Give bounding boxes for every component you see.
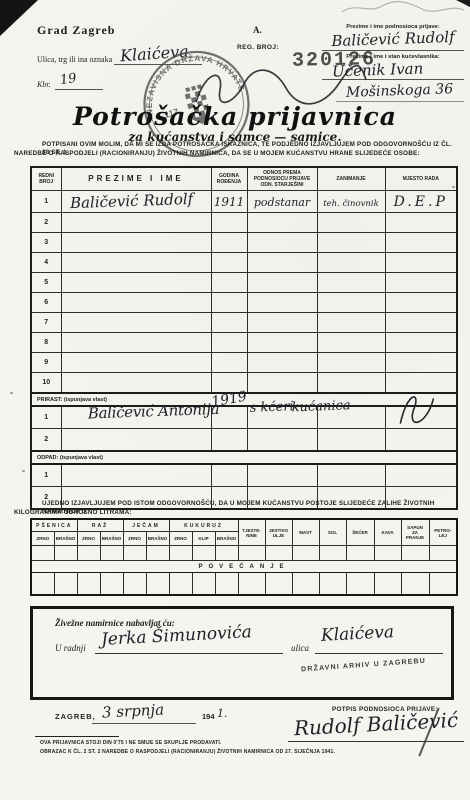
supplier-box: Živežne namirnice nabavljat ću: U radnji…: [30, 606, 454, 700]
col-group-psenica: PŠENICA: [31, 519, 77, 532]
empty-cell: [385, 429, 457, 452]
person1-workplace-handwritten: D.E.P: [394, 194, 448, 210]
person-row-empty: 4: [31, 253, 457, 273]
empty-cell: [292, 573, 319, 596]
empty-cell: [429, 573, 457, 596]
row-number: 3: [31, 233, 61, 253]
empty-cell: [317, 273, 385, 293]
street-label: Ulica, trg ili ina oznaka: [37, 55, 112, 64]
house-number-label: Kbr.: [37, 80, 51, 89]
persons-header-row: REDNI BROJ PREZIME I IME GODINA ROĐENJA …: [31, 167, 457, 191]
empty-cell: [61, 313, 211, 333]
empty-cell: [385, 313, 457, 333]
col-sapun: SAPUN ZA PRANJE: [401, 519, 429, 546]
empty-cell: [292, 546, 319, 561]
empty-cell: [247, 333, 317, 353]
empty-cell: [100, 546, 123, 561]
date-handwritten: 3 srpnja: [102, 700, 165, 721]
empty-cell: [54, 546, 77, 561]
empty-cell: [385, 333, 457, 353]
empty-cell: [317, 353, 385, 373]
empty-cell: [317, 253, 385, 273]
row-number: 1: [31, 191, 61, 213]
stocks-paragraph-line2: KILOGRAMIMA ODNOSNO LITRAMA:: [14, 509, 456, 517]
odpad-band: ODPAD: (ispunjava vlast): [31, 451, 457, 464]
form-title: Potrošačka prijavnica: [0, 102, 470, 131]
empty-cell: [77, 573, 100, 596]
empty-cell: [265, 573, 292, 596]
subcol-brasno: BRAŠNO: [100, 532, 123, 546]
underline: [315, 653, 443, 654]
empty-cell: [247, 353, 317, 373]
row-number: 8: [31, 333, 61, 353]
row-number: 4: [31, 253, 61, 273]
city-heading: Grad Zagreb: [37, 23, 115, 38]
pencil-scribble: [338, 0, 468, 18]
col-jestivo-ulje: JESTIVO ULJE: [265, 519, 292, 546]
empty-cell: [317, 313, 385, 333]
empty-cell: [77, 546, 100, 561]
prirast-label: PRIRAST: (ispunjava vlast): [31, 393, 457, 406]
col-header-odnos: ODNOS PREMA PODNOSIOCU PRIJAVE ODN. STAR…: [247, 167, 317, 191]
empty-cell: [247, 233, 317, 253]
empty-cell: [401, 546, 429, 561]
house-number-handwritten-value: 19: [59, 71, 77, 88]
row-number: 2: [31, 429, 61, 452]
empty-cell: [385, 253, 457, 273]
empty-cell: [61, 233, 211, 253]
empty-cell: [346, 573, 374, 596]
empty-cell: [61, 464, 211, 487]
underline: [92, 723, 196, 724]
empty-cell: [385, 233, 457, 253]
row-number: 7: [31, 313, 61, 333]
odpad-row-1: 1: [31, 464, 457, 487]
paper-speck: [10, 392, 13, 394]
col-secer: ŠEĆER: [346, 519, 374, 546]
prirast-row-2: 2: [31, 429, 457, 452]
empty-cell: [211, 213, 247, 233]
col-group-jecam: JEČAM: [123, 519, 169, 532]
stocks-group-header-row: PŠENICA RAŽ JEČAM KUKURUZ TJESTE- NINE J…: [31, 519, 457, 532]
subcol-brasno: BRAŠNO: [54, 532, 77, 546]
shop-label: U radnji: [55, 643, 86, 653]
year-printed: 194: [202, 712, 215, 721]
subcol-zrno: ZRNO: [77, 532, 100, 546]
empty-cell: [385, 213, 457, 233]
empty-cell: [211, 429, 247, 452]
reg-number-label: REG. BROJ:: [237, 44, 279, 51]
empty-cell: [100, 573, 123, 596]
person-row-empty: 3: [31, 233, 457, 253]
povecanje-label: POVEĆANJE: [31, 561, 457, 573]
empty-cell: [215, 546, 238, 561]
intro-paragraph-line2: NAREDBE O RASPODJELI (RACIONIRANJU) ŽIVO…: [14, 150, 456, 158]
empty-cell: [123, 546, 146, 561]
archive-stamp-text: DRŽAVNI ARHIV U ZAGREBU: [301, 658, 426, 674]
col-header-godina: GODINA ROĐENJA: [211, 167, 247, 191]
col-group-raz: RAŽ: [77, 519, 123, 532]
empty-cell: [211, 273, 247, 293]
col-tjestenine: TJESTE- NINE: [238, 519, 265, 546]
person-row-empty: 5: [31, 273, 457, 293]
empty-cell: [238, 546, 265, 561]
empty-cell: [247, 313, 317, 333]
empty-cell: [61, 213, 211, 233]
subcol-zrno: ZRNO: [31, 532, 54, 546]
empty-cell: [247, 293, 317, 313]
person-row-empty: 8: [31, 333, 457, 353]
empty-cell: [317, 233, 385, 253]
empty-cell: [247, 429, 317, 452]
empty-cell: [247, 464, 317, 487]
empty-cell: [247, 373, 317, 394]
empty-cell: [385, 293, 457, 313]
underline: [322, 50, 464, 51]
empty-cell: [317, 293, 385, 313]
empty-cell: [146, 546, 169, 561]
empty-cell: [317, 406, 385, 429]
row-number: 9: [31, 353, 61, 373]
empty-cell: [54, 573, 77, 596]
person1-occupation-handwritten: teh. činovnik: [323, 199, 379, 209]
row-number: 10: [31, 373, 61, 394]
empty-cell: [61, 293, 211, 313]
supplier-street-handwritten: Klaićeva: [321, 622, 395, 646]
col-header-mjesto-rada: MJESTO RADA: [385, 167, 457, 191]
row-number: 1: [31, 406, 61, 429]
applicant-signature-handwritten: Rudolf Baličević: [287, 707, 464, 740]
prirast-band: PRIRAST: (ispunjava vlast): [31, 393, 457, 406]
underline: [95, 653, 283, 654]
empty-cell: [385, 406, 457, 429]
empty-cell: [146, 573, 169, 596]
empty-cell: [31, 573, 54, 596]
prirast-row-1: 1: [31, 406, 457, 429]
col-header-prezime-ime: PREZIME I IME: [61, 167, 211, 191]
scan-corner-artifact: [0, 0, 38, 36]
household-members-table: REDNI BROJ PREZIME I IME GODINA ROĐENJA …: [30, 166, 458, 510]
underline: [55, 89, 103, 90]
empty-cell: [61, 253, 211, 273]
empty-cell: [385, 373, 457, 394]
person1-relation-handwritten: podstanar: [254, 196, 310, 209]
empty-cell: [61, 406, 211, 429]
row-number: 1: [31, 464, 61, 487]
empty-cell: [317, 333, 385, 353]
col-header-zanimanje: ZANIMANJE: [317, 167, 385, 191]
empty-cell: [61, 353, 211, 373]
empty-cell: [61, 273, 211, 293]
empty-cell: [61, 429, 211, 452]
person1-name-handwritten: Baličević Rudolf: [69, 191, 193, 213]
applicant-name-handwritten: Baličević Rudolf: [318, 27, 469, 50]
food-stocks-table: PŠENICA RAŽ JEČAM KUKURUZ TJESTE- NINE J…: [30, 518, 458, 596]
section-letter: A.: [253, 25, 262, 35]
col-petrolej: PETRO- LEJ: [429, 519, 457, 546]
row-number: 6: [31, 293, 61, 313]
empty-cell: [211, 313, 247, 333]
col-kava: KAVA: [374, 519, 401, 546]
empty-cell: [211, 293, 247, 313]
empty-cell: [211, 253, 247, 273]
footnote-rule: [35, 736, 119, 737]
empty-cell: [123, 573, 146, 596]
empty-cell: [317, 213, 385, 233]
empty-cell: [265, 546, 292, 561]
empty-cell: [385, 353, 457, 373]
empty-person-rows: 2345678910: [31, 213, 457, 394]
empty-cell: [317, 429, 385, 452]
empty-cell: [317, 373, 385, 394]
empty-cell: [211, 233, 247, 253]
price-note: OVA PRIJAVNICA STOJI DIN 0'75 I NE SMIJE…: [40, 740, 222, 746]
street-label-small: ulica: [291, 643, 309, 653]
col-group-kukuruz: KUKURUZ: [169, 519, 238, 532]
empty-cell: [169, 546, 192, 561]
empty-cell: [61, 333, 211, 353]
odpad-label: ODPAD: (ispunjava vlast): [31, 451, 457, 464]
empty-cell: [374, 573, 401, 596]
subcol-brasno: BRAŠNO: [146, 532, 169, 546]
empty-cell: [192, 546, 215, 561]
empty-cell: [215, 573, 238, 596]
empty-cell: [31, 546, 54, 561]
person-row-1: 1 Baličević Rudolf 1911 podstanar teh. č…: [31, 191, 457, 213]
subcol-brasno: BRAŠNO: [215, 532, 238, 546]
empty-cell: [385, 273, 457, 293]
empty-cell: [211, 406, 247, 429]
empty-cell: [247, 406, 317, 429]
empty-cell: [317, 464, 385, 487]
person-row-empty: 6: [31, 293, 457, 313]
empty-cell: [401, 573, 429, 596]
empty-cell: [211, 353, 247, 373]
empty-cell: [238, 573, 265, 596]
empty-cell: [211, 333, 247, 353]
stocks-value-row: [31, 546, 457, 561]
person1-year-handwritten: 1911: [214, 195, 245, 209]
year-handwritten-digit: 1.: [217, 707, 228, 720]
empty-cell: [319, 546, 346, 561]
empty-cell: [247, 213, 317, 233]
row-number: 2: [31, 213, 61, 233]
place-label: ZAGREB,: [55, 712, 96, 721]
empty-cell: [211, 373, 247, 394]
empty-cell: [247, 273, 317, 293]
col-sol: SOL: [319, 519, 346, 546]
col-mast: MAST: [292, 519, 319, 546]
empty-cell: [211, 464, 247, 487]
subcol-klip: KLIP: [192, 532, 215, 546]
empty-cell: [247, 253, 317, 273]
legal-note: OBRAZAC K ČL. 2 ST. 2 NAREDBE O RASPODJE…: [40, 749, 335, 755]
empty-cell: [385, 464, 457, 487]
empty-cell: [429, 546, 457, 561]
empty-cell: [192, 573, 215, 596]
empty-cell: [374, 546, 401, 561]
paper-speck: [22, 470, 25, 472]
person-row-empty: 2: [31, 213, 457, 233]
stocks-value-row: [31, 573, 457, 596]
empty-cell: [61, 373, 211, 394]
povecanje-band: POVEĆANJE: [31, 561, 457, 573]
scanned-form-page: Grad Zagreb Ulica, trg ili ina oznaka Kl…: [0, 0, 470, 800]
empty-cell: [169, 573, 192, 596]
empty-cell: [319, 573, 346, 596]
subcol-zrno: ZRNO: [169, 532, 192, 546]
person-row-empty: 9: [31, 353, 457, 373]
empty-cell: [346, 546, 374, 561]
person-row-empty: 10: [31, 373, 457, 394]
person-row-empty: 7: [31, 313, 457, 333]
subcol-zrno: ZRNO: [123, 532, 146, 546]
col-header-redni-broj: REDNI BROJ: [31, 167, 61, 191]
underline: [288, 741, 464, 742]
row-number: 5: [31, 273, 61, 293]
